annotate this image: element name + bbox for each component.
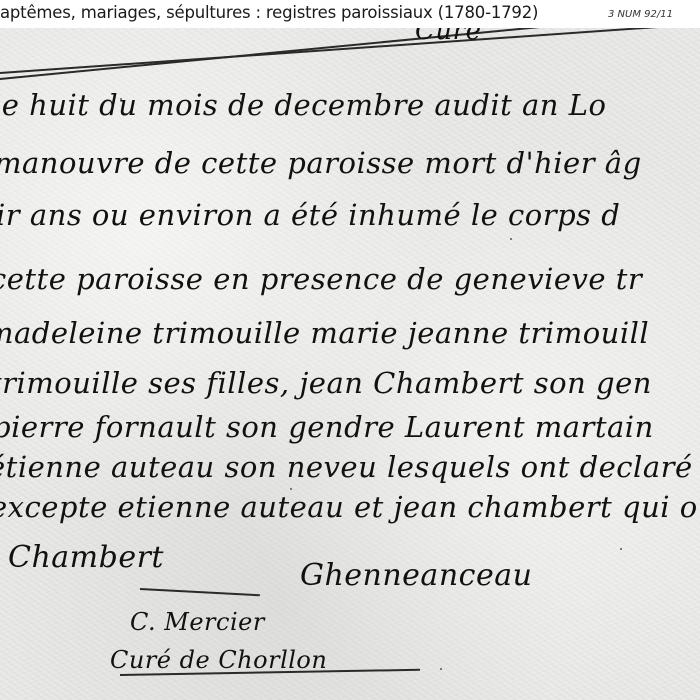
- paper-speck: [510, 238, 512, 240]
- archive-reference: 3 NUM 92/11: [608, 9, 673, 20]
- pen-stroke: [0, 28, 700, 73]
- paper-speck: [620, 548, 622, 550]
- register-line-7: pierre fornault son gendre Laurent marta…: [0, 410, 654, 444]
- signature-chambert: Chambert: [8, 540, 164, 575]
- signature-cure: Curé de Chorllon: [110, 646, 327, 674]
- paper-speck: [120, 98, 122, 100]
- scanned-register-page: Curé le huit du mois de decembre audit a…: [0, 28, 700, 700]
- register-line-6: trimouille ses filles, jean Chambert son…: [0, 366, 652, 400]
- register-line-4: cette paroisse en presence de genevieve …: [0, 262, 642, 296]
- register-title: aptêmes, mariages, sépultures : registre…: [0, 3, 538, 22]
- signature-ghenneanceau: Ghenneanceau: [300, 558, 532, 593]
- signature-underline: [140, 588, 260, 596]
- document-header: aptêmes, mariages, sépultures : registre…: [0, 0, 700, 28]
- register-line-9: excepte etienne auteau et jean chambert …: [0, 490, 698, 524]
- register-line-5: madeleine trimouille marie jeanne trimou…: [0, 316, 649, 350]
- paper-speck: [440, 668, 442, 670]
- register-line-2: manouvre de cette paroisse mort d'hier â…: [0, 146, 642, 180]
- top-fragment-text: Curé: [415, 28, 481, 46]
- pen-stroke: [0, 28, 700, 79]
- register-line-1: le huit du mois de decembre audit an Lo: [0, 88, 606, 122]
- paper-speck: [290, 488, 292, 490]
- signature-mercier: C. Mercier: [130, 608, 265, 636]
- register-line-3: ir ans ou environ a été inhumé le corps …: [0, 198, 620, 232]
- register-line-8: étienne auteau son neveu lesquels ont de…: [0, 450, 700, 484]
